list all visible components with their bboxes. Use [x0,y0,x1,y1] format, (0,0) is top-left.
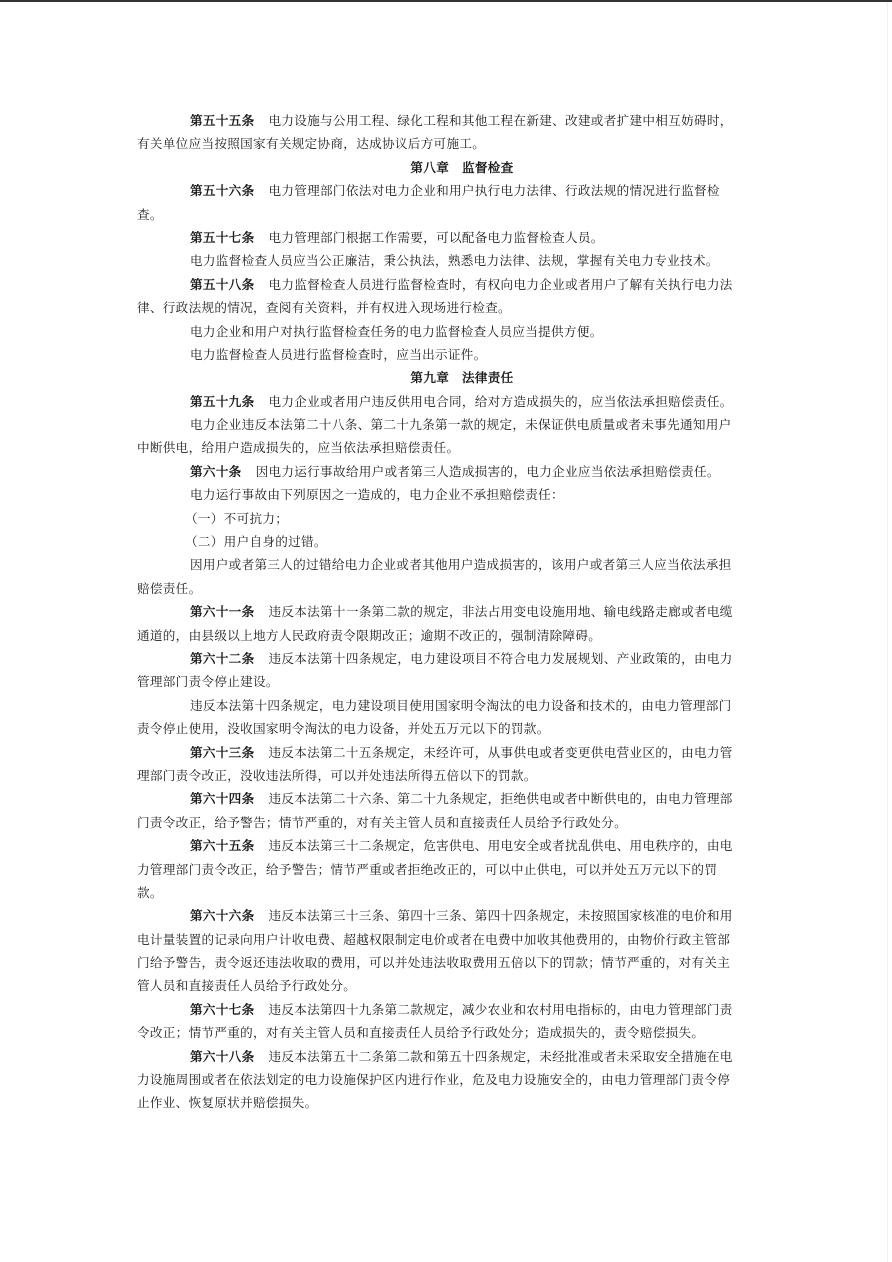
article-line: 第六十八条违反本法第五十二条第二款和第五十四条规定，未经批准或者未采取安全措施在… [137,1045,757,1068]
line-text: 门责令改正，给予警告；情节严重的，对有关主管人员和直接责任人员给予行政处分。 [137,815,627,830]
article-number: 第六十四条 [190,791,254,806]
line-text: 止作业、恢复原状并赔偿损失。 [137,1095,318,1110]
article-line: 第五十九条电力企业或者用户违反供用电合同，给对方造成损失的，应当依法承担赔偿责任… [137,390,757,413]
line-text: 责令停止使用，没收国家明令淘汰的电力设备，并处五万元以下的罚款。 [137,721,550,736]
line-text: 电力企业违反本法第二十八条、第二十九条第一款的规定，未保证供电质量或者未事先通知… [190,417,732,432]
line-text: 电力设施与公用工程、绿化工程和其他工程在新建、改建或者扩建中相互妨碍时， [268,113,732,128]
line-text: 力管理部门责令改正，给予警告；情节严重或者拒绝改正的，可以中止供电，可以并处五万… [137,862,717,877]
article-line: 第五十六条电力管理部门依法对电力企业和用户执行电力法律、行政法规的情况进行监督检 [137,179,757,202]
paragraph-line: 赔偿责任。 [137,577,757,600]
article-line: 律、行政法规的情况，查阅有关资料，并有权进入现场进行检查。 [137,296,757,319]
article-line: 查。 [137,203,757,226]
article-line: 管人员和直接责任人员给予行政处分。 [137,974,757,997]
article-number: 第五十七条 [190,230,254,245]
article-number: 第六十六条 [190,908,254,923]
line-text: 违反本法第二十五条规定，未经许可，从事供电或者变更供电营业区的，由电力管 [268,745,732,760]
chapter-heading: 第八章 监督检查 [137,156,757,179]
article-number: 第六十一条 [190,604,254,619]
line-text: 赔偿责任。 [137,581,201,596]
article-number: 第六十五条 [190,838,254,853]
article-line: 管理部门责令停止建设。 [137,670,757,693]
article-line: 款。 [137,881,757,904]
article-line: 第六十条因电力运行事故给用户或者第三人造成损害的，电力企业应当依法承担赔偿责任。 [137,460,757,483]
line-text: 有关单位应当按照国家有关规定协商，达成协议后方可施工。 [137,136,485,151]
article-number: 第五十五条 [190,113,254,128]
article-line: 止作业、恢复原状并赔偿损失。 [137,1091,757,1114]
line-text: 违反本法第四十九条第二款规定，减少农业和农村用电指标的，由电力管理部门责 [268,1002,732,1017]
line-text: 电力企业和用户对执行监督检查任务的电力监督检查人员应当提供方便。 [190,324,603,339]
line-text: 电计量装置的记录向用户计收电费、超越权限制定电价或者在电费中加收其他费用的，由物… [137,932,730,947]
paragraph-line: 因用户或者第三人的过错给电力企业或者其他用户造成损害的，该用户或者第三人应当依法… [137,553,757,576]
line-text: （一）不可抗力； [185,511,288,526]
paragraph-line: 违反本法第十四条规定，电力建设项目使用国家明令淘汰的电力设备和技术的，由电力管理… [137,694,757,717]
line-text: 令改正；情节严重的，对有关主管人员和直接责任人员给予行政处分；造成损失的，责令赔… [137,1025,704,1040]
article-line: 第六十五条违反本法第三十二条规定，危害供电、用电安全或者扰乱供电、用电秩序的，由… [137,834,757,857]
line-text: 违反本法第十四条规定，电力建设项目使用国家明令淘汰的电力设备和技术的，由电力管理… [190,698,732,713]
line-text: 理部门责令改正，没收违法所得，可以并处违法所得五倍以下的罚款。 [137,768,537,783]
enum-item: （一）不可抗力； [137,507,757,530]
article-line: 第六十二条违反本法第十四条规定，电力建设项目不符合电力发展规划、产业政策的，由电… [137,647,757,670]
article-number: 第五十八条 [190,277,254,292]
article-line: 第六十一条违反本法第十一条第二款的规定，非法占用变电设施用地、输电线路走廊或者电… [137,600,757,623]
article-line: 第六十七条违反本法第四十九条第二款规定，减少农业和农村用电指标的，由电力管理部门… [137,998,757,1021]
line-text: （二）用户自身的过错。 [185,534,327,549]
article-line: 有关单位应当按照国家有关规定协商，达成协议后方可施工。 [137,132,757,155]
line-text: 因用户或者第三人的过错给电力企业或者其他用户造成损害的，该用户或者第三人应当依法… [190,557,732,572]
line-text: 电力监督检查人员进行监督检查时，有权向电力企业或者用户了解有关执行电力法 [268,277,732,292]
article-number: 第五十九条 [190,394,254,409]
line-text: 因电力运行事故给用户或者第三人造成损害的，电力企业应当依法承担赔偿责任。 [256,464,720,479]
paragraph-line: 电力监督检查人员应当公正廉洁，秉公执法，熟悉电力法律、法规，掌握有关电力专业技术… [137,249,757,272]
line-text: 电力监督检查人员应当公正廉洁，秉公执法，熟悉电力法律、法规，掌握有关电力专业技术… [190,253,719,268]
line-text: 款。 [137,885,163,900]
line-text: 违反本法第三十三条、第四十三条、第四十四条规定，未按照国家核准的电价和用 [268,908,732,923]
chapter-heading: 第九章 法律责任 [137,366,757,389]
article-line: 通道的，由县级以上地方人民政府责令限期改正；逾期不改正的，强制清除障碍。 [137,624,757,647]
article-number: 第六十八条 [190,1049,254,1064]
article-line: 门给予警告，责令返还违法收取的费用，可以并处违法收取费用五倍以下的罚款；情节严重… [137,951,757,974]
article-line: 第六十三条违反本法第二十五条规定，未经许可，从事供电或者变更供电营业区的，由电力… [137,741,757,764]
article-number: 第六十二条 [190,651,254,666]
article-line: 第六十四条违反本法第二十六条、第二十九条规定，拒绝供电或者中断供电的，由电力管理… [137,787,757,810]
article-number: 第六十七条 [190,1002,254,1017]
line-text: 查。 [137,207,163,222]
article-line: 第六十六条违反本法第三十三条、第四十三条、第四十四条规定，未按照国家核准的电价和… [137,904,757,927]
line-text: 违反本法第二十六条、第二十九条规定，拒绝供电或者中断供电的，由电力管理部 [268,791,732,806]
document-page: 第五十五条电力设施与公用工程、绿化工程和其他工程在新建、改建或者扩建中相互妨碍时… [137,109,757,1115]
line-text: 律、行政法规的情况，查阅有关资料，并有权进入现场进行检查。 [137,300,511,315]
line-text: 电力运行事故由下列原因之一造成的，电力企业不承担赔偿责任： [190,487,564,502]
line-text: 电力管理部门根据工作需要，可以配备电力监督检查人员。 [268,230,603,245]
line-text: 违反本法第十一条第二款的规定，非法占用变电设施用地、输电线路走廊或者电缆 [268,604,732,619]
line-text: 力设施周围或者在依法划定的电力设施保护区内进行作业，危及电力设施安全的，由电力管… [137,1072,730,1087]
paragraph-line: 电力企业违反本法第二十八条、第二十九条第一款的规定，未保证供电质量或者未事先通知… [137,413,757,436]
article-line: 令改正；情节严重的，对有关主管人员和直接责任人员给予行政处分；造成损失的，责令赔… [137,1021,757,1044]
line-text: 违反本法第三十二条规定，危害供电、用电安全或者扰乱供电、用电秩序的，由电 [268,838,732,853]
article-line: 门责令改正，给予警告；情节严重的，对有关主管人员和直接责任人员给予行政处分。 [137,811,757,834]
article-line: 电计量装置的记录向用户计收电费、超越权限制定电价或者在电费中加收其他费用的，由物… [137,928,757,951]
line-text: 门给予警告，责令返还违法收取的费用，可以并处违法收取费用五倍以下的罚款；情节严重… [137,955,730,970]
line-text: 管理部门责令停止建设。 [137,674,279,689]
page-right-edge [887,2,888,1262]
article-line: 第五十七条电力管理部门根据工作需要，可以配备电力监督检查人员。 [137,226,757,249]
line-text: 电力监督检查人员进行监督检查时，应当出示证件。 [190,347,487,362]
line-text: 违反本法第五十二条第二款和第五十四条规定，未经批准或者未采取安全措施在电 [268,1049,732,1064]
paragraph-line: 电力企业和用户对执行监督检查任务的电力监督检查人员应当提供方便。 [137,320,757,343]
line-text: 电力企业或者用户违反供用电合同，给对方造成损失的，应当依法承担赔偿责任。 [268,394,732,409]
article-number: 第六十条 [190,464,242,479]
article-line: 第五十五条电力设施与公用工程、绿化工程和其他工程在新建、改建或者扩建中相互妨碍时… [137,109,757,132]
enum-item: （二）用户自身的过错。 [137,530,757,553]
paragraph-line: 中断供电，给用户造成损失的，应当依法承担赔偿责任。 [137,436,757,459]
line-text: 违反本法第十四条规定，电力建设项目不符合电力发展规划、产业政策的，由电力 [268,651,732,666]
article-line: 力管理部门责令改正，给予警告；情节严重或者拒绝改正的，可以中止供电，可以并处五万… [137,858,757,881]
line-text: 电力管理部门依法对电力企业和用户执行电力法律、行政法规的情况进行监督检 [268,183,719,198]
page-top-border [0,0,892,2]
article-number: 第五十六条 [190,183,254,198]
paragraph-line: 电力运行事故由下列原因之一造成的，电力企业不承担赔偿责任： [137,483,757,506]
article-line: 第五十八条电力监督检查人员进行监督检查时，有权向电力企业或者用户了解有关执行电力… [137,273,757,296]
article-line: 力设施周围或者在依法划定的电力设施保护区内进行作业，危及电力设施安全的，由电力管… [137,1068,757,1091]
line-text: 中断供电，给用户造成损失的，应当依法承担赔偿责任。 [137,440,459,455]
article-line: 理部门责令改正，没收违法所得，可以并处违法所得五倍以下的罚款。 [137,764,757,787]
paragraph-line: 责令停止使用，没收国家明令淘汰的电力设备，并处五万元以下的罚款。 [137,717,757,740]
line-text: 通道的，由县级以上地方人民政府责令限期改正；逾期不改正的，强制清除障碍。 [137,628,601,643]
line-text: 管人员和直接责任人员给予行政处分。 [137,978,356,993]
article-number: 第六十三条 [190,745,254,760]
paragraph-line: 电力监督检查人员进行监督检查时，应当出示证件。 [137,343,757,366]
